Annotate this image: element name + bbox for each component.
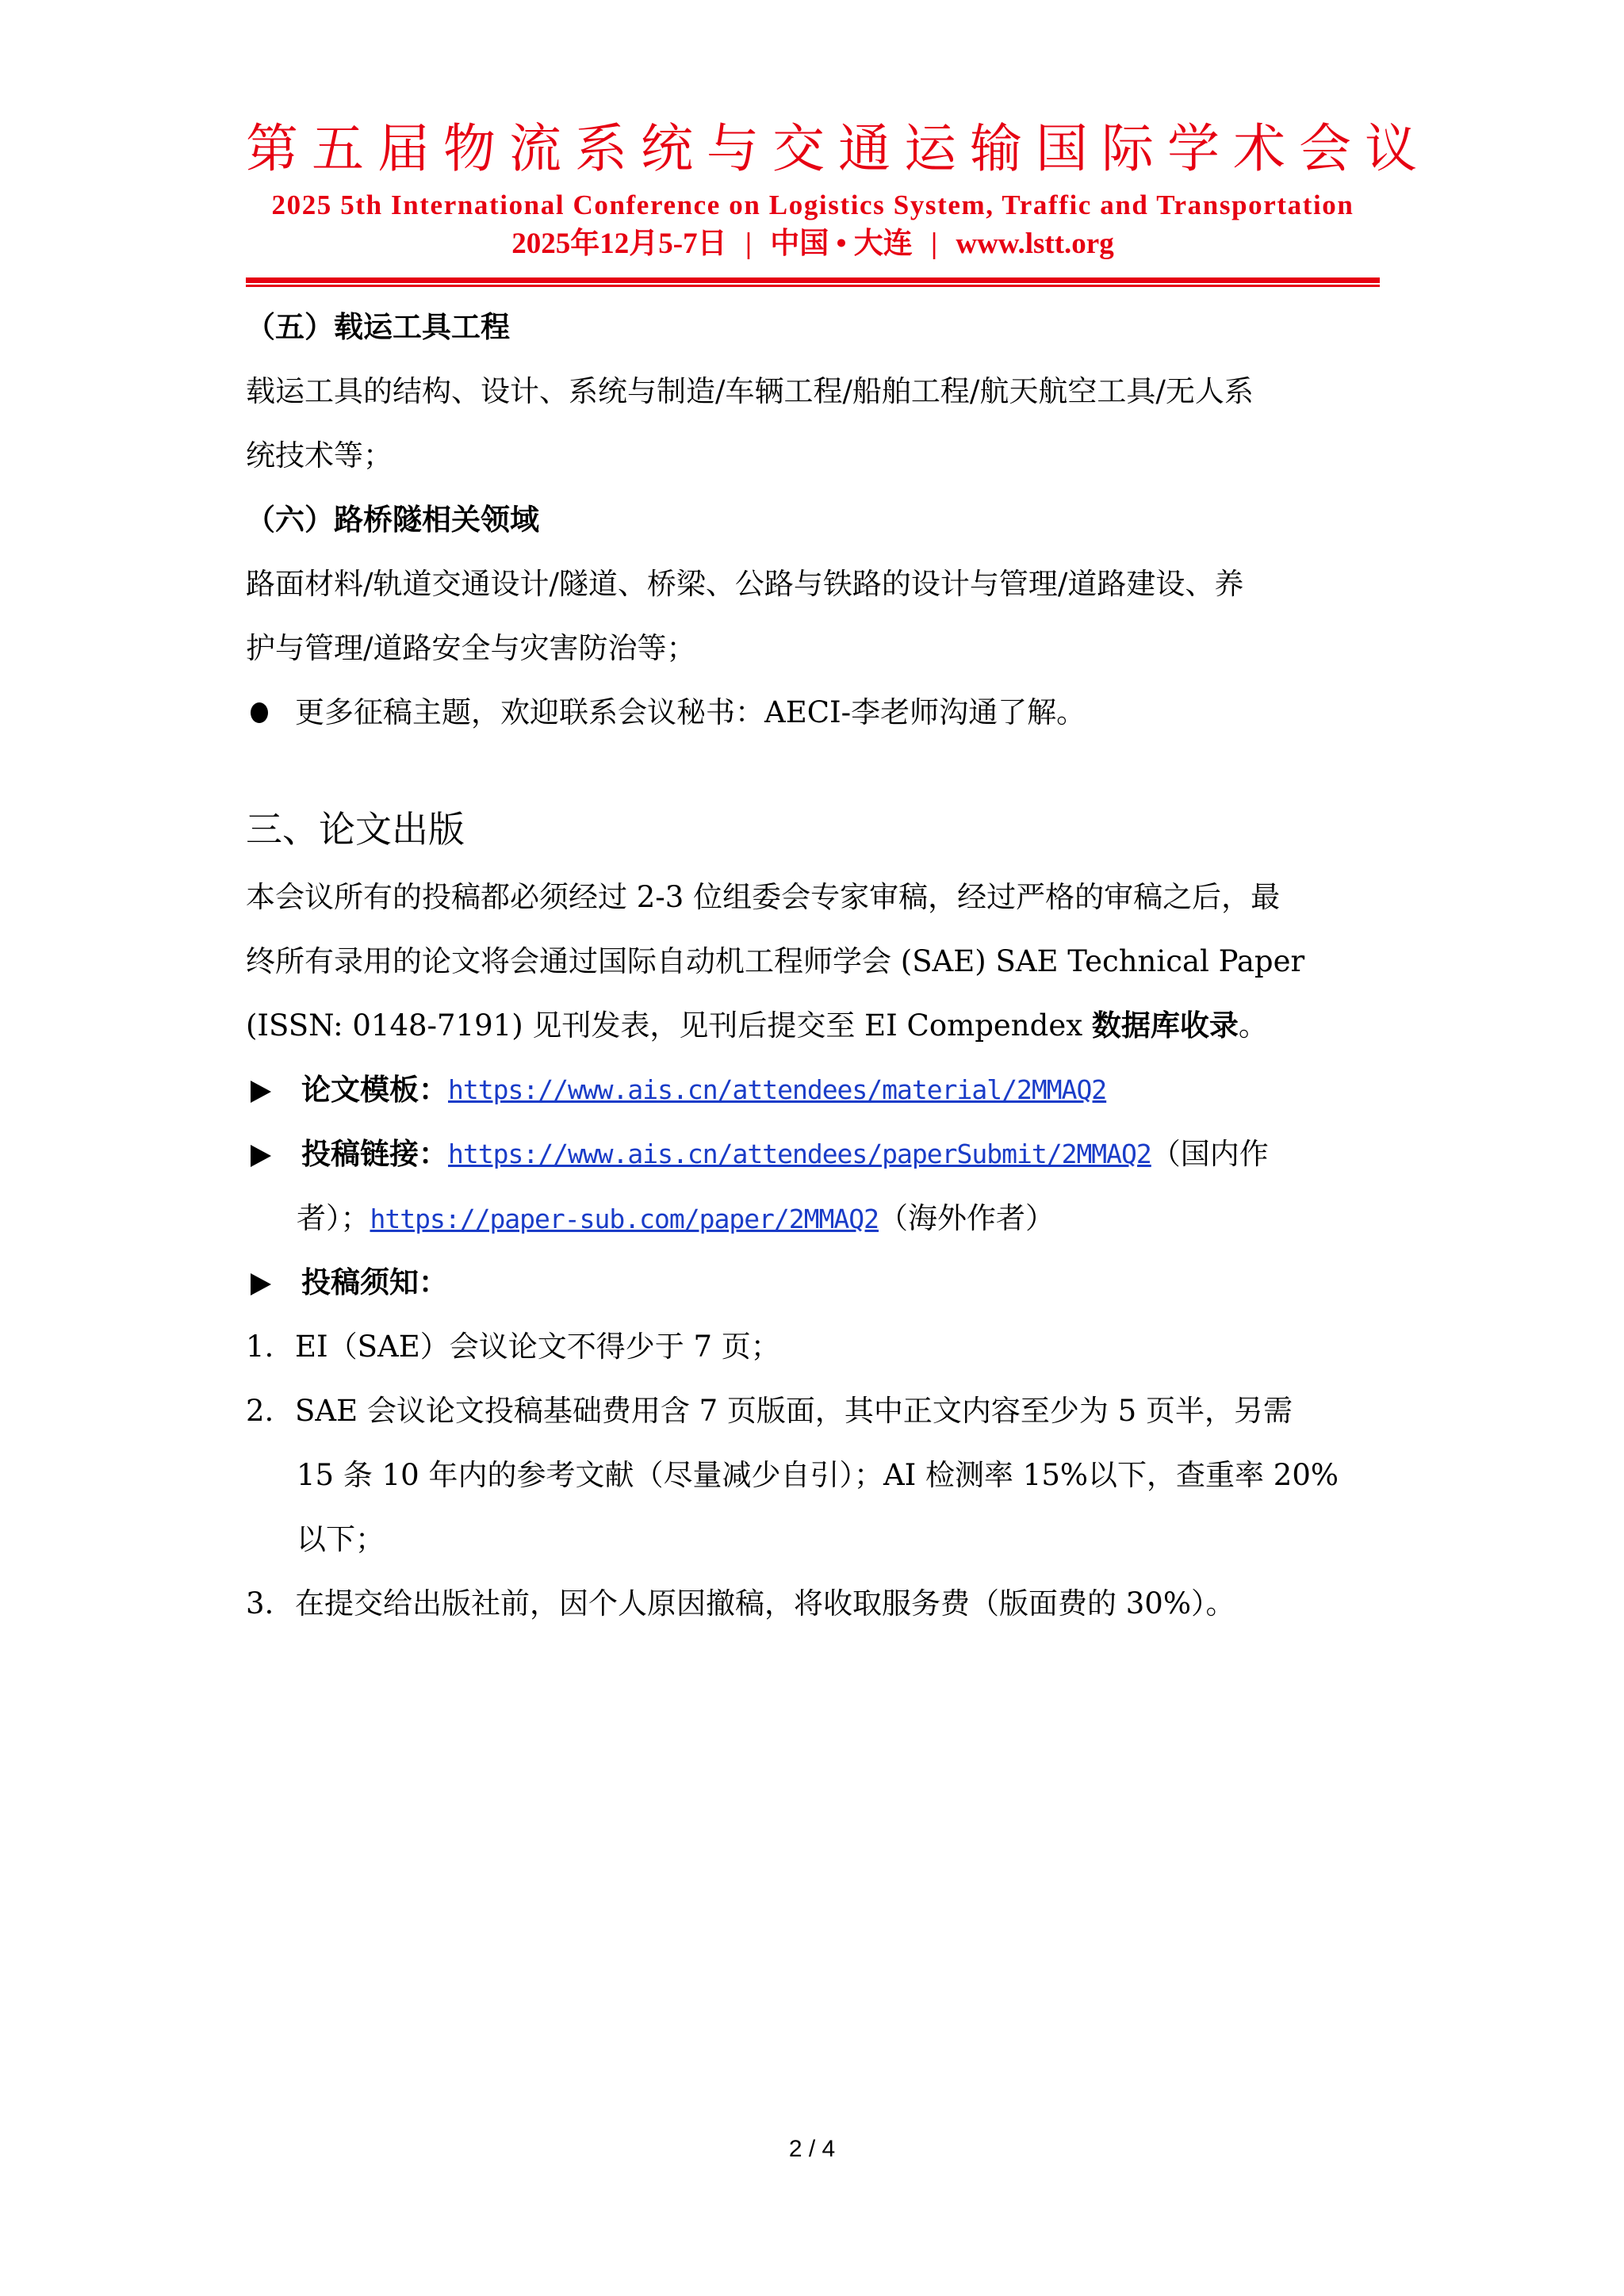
- submission-link-domestic[interactable]: https://www.ais.cn/attendees/paperSubmit…: [448, 1122, 1151, 1186]
- submission-row-continued: 者）；https://paper-sub.com/paper/2MMAQ2（海外…: [246, 1186, 1380, 1250]
- submission-link-overseas[interactable]: https://paper-sub.com/paper/2MMAQ2: [370, 1203, 879, 1234]
- topic-text: 统技术等；: [246, 423, 1380, 488]
- database-indexing-text: 数据库收录: [1092, 1008, 1239, 1043]
- bullet-icon: [251, 702, 268, 723]
- publication-intro-text: (ISSN: 0148-7191) 见刊发表，见刊后提交至 EI Compend…: [246, 1008, 1092, 1043]
- topic-text: 路面材料/轨道交通设计/隧道、桥梁、公路与铁路的设计与管理/道路建设、养: [246, 552, 1380, 616]
- template-row: 论文模板： https://www.ais.cn/attendees/mater…: [246, 1058, 1380, 1122]
- guideline-text: 在提交给出版社前，因个人原因撤稿，将收取服务费（版面费的 30%）。: [295, 1586, 1235, 1621]
- page-indicator: 2 / 4: [0, 2136, 1624, 2163]
- publication-intro: 本会议所有的投稿都必须经过 2-3 位组委会专家审稿，经过严格的审稿之后，最: [246, 865, 1380, 929]
- publication-intro: 终所有录用的论文将会通过国际自动机工程师学会 (SAE) SAE Technic…: [246, 929, 1380, 993]
- period: 。: [1239, 1008, 1268, 1043]
- arrow-bullet-icon: [251, 1081, 271, 1103]
- guideline-item: 3.在提交给出版社前，因个人原因撤稿，将收取服务费（版面费的 30%）。: [246, 1571, 1380, 1636]
- guideline-item: 2.SAE 会议论文投稿基础费用含 7 页版面，其中正文内容至少为 5 页半，另…: [246, 1379, 1380, 1443]
- guideline-text-continued: 以下；: [246, 1507, 1380, 1571]
- guideline-text: SAE 会议论文投稿基础费用含 7 页版面，其中正文内容至少为 5 页半，另需: [295, 1394, 1293, 1428]
- header-divider-thick: [246, 277, 1380, 283]
- arrow-bullet-icon: [251, 1273, 271, 1295]
- header-divider-thin: [246, 285, 1380, 287]
- list-number: 1.: [246, 1314, 295, 1379]
- submission-row: 投稿链接： https://www.ais.cn/attendees/paper…: [246, 1122, 1380, 1186]
- template-label: 论文模板：: [301, 1058, 448, 1122]
- separator: |: [931, 228, 937, 260]
- topic-heading-vehicle-engineering: （五）载运工具工程: [246, 295, 1380, 359]
- conference-location: 中国 • 大连: [770, 228, 912, 260]
- guideline-text-continued: 15 条 10 年内的参考文献（尽量减少自引）；AI 检测率 15%以下，查重率…: [246, 1443, 1380, 1507]
- section-title-publication: 三、论文出版: [246, 794, 1380, 865]
- guidelines-label: 投稿须知：: [301, 1250, 448, 1314]
- list-number: 3.: [246, 1571, 295, 1636]
- overseas-authors-note: （海外作者）: [879, 1201, 1055, 1235]
- more-topics-note: 更多征稿主题，欢迎联系会议秘书：AECI-李老师沟通了解。: [246, 680, 1380, 744]
- conference-website: www.lstt.org: [956, 228, 1113, 260]
- arrow-bullet-icon: [251, 1145, 271, 1167]
- domestic-authors-note: （国内作: [1151, 1122, 1269, 1186]
- conference-title-en: 2025 5th International Conference on Log…: [246, 187, 1380, 224]
- domestic-authors-note-end: 者）；: [297, 1201, 370, 1235]
- conference-header: 第五届物流系统与交通运输国际学术会议 2025 5th Internationa…: [246, 111, 1380, 265]
- template-link[interactable]: https://www.ais.cn/attendees/material/2M…: [448, 1058, 1106, 1122]
- list-number: 2.: [246, 1379, 295, 1443]
- submission-label: 投稿链接：: [301, 1122, 448, 1186]
- guidelines-row: 投稿须知：: [246, 1250, 1380, 1314]
- more-topics-text: 更多征稿主题，欢迎联系会议秘书：AECI-李老师沟通了解。: [295, 680, 1086, 744]
- document-body: （五）载运工具工程 载运工具的结构、设计、系统与制造/车辆工程/船舶工程/航天航…: [246, 295, 1380, 1636]
- guideline-item: 1.EI（SAE）会议论文不得少于 7 页；: [246, 1314, 1380, 1379]
- publication-intro: (ISSN: 0148-7191) 见刊发表，见刊后提交至 EI Compend…: [246, 993, 1380, 1058]
- guideline-text: EI（SAE）会议论文不得少于 7 页；: [295, 1330, 780, 1364]
- conference-date-location: 2025年12月5-7日 | 中国 • 大连 | www.lstt.org: [246, 224, 1380, 265]
- topic-text: 护与管理/道路安全与灾害防治等；: [246, 616, 1380, 680]
- conference-title-cn: 第五届物流系统与交通运输国际学术会议: [246, 111, 1393, 187]
- topic-heading-road-bridge-tunnel: （六）路桥隧相关领域: [246, 488, 1380, 552]
- separator: |: [745, 228, 752, 260]
- conference-date: 2025年12月5-7日: [511, 228, 726, 260]
- topic-text: 载运工具的结构、设计、系统与制造/车辆工程/船舶工程/航天航空工具/无人系: [246, 359, 1380, 423]
